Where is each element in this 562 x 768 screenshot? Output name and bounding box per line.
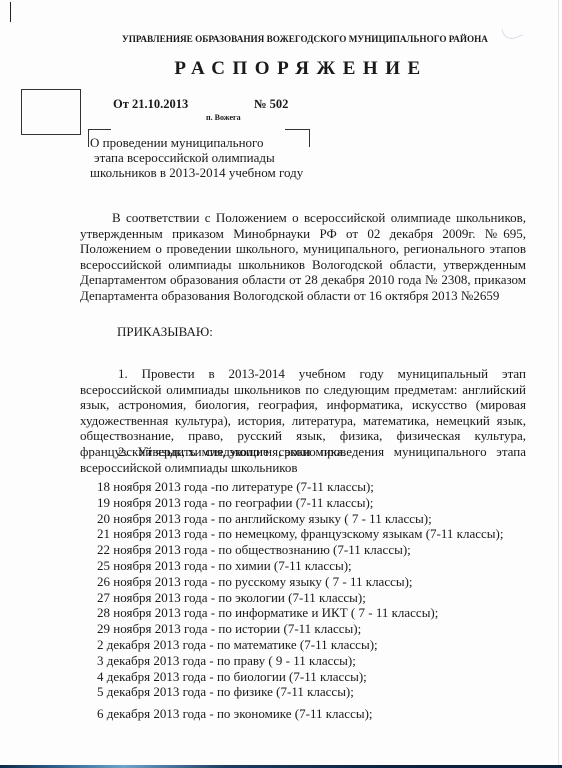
document-number: № 502 bbox=[254, 97, 288, 112]
schedule-item: 4 декабря 2013 года - по биологии (7-11 … bbox=[97, 669, 503, 685]
schedule-item: 21 ноября 2013 года - по немецкому, фран… bbox=[97, 526, 503, 542]
schedule-item: 18 ноября 2013 года -по литературе (7-11… bbox=[97, 479, 503, 495]
schedule-item: 27 ноября 2013 года - по экологии (7-11 … bbox=[97, 590, 503, 606]
schedule-item: 29 ноября 2013 года - по истории (7-11 к… bbox=[97, 621, 503, 637]
document-title: РАСПОРЯЖЕНИЕ bbox=[0, 58, 562, 80]
subject-line: этапа всероссийской олимпиады bbox=[90, 150, 303, 165]
schedule-item: 22 ноября 2013 года - по обществознанию … bbox=[97, 542, 503, 558]
schedule-item: 25 ноября 2013 года - по химии (7-11 кла… bbox=[97, 558, 503, 574]
subject-line: О проведении муниципального bbox=[90, 135, 303, 150]
order-heading: ПРИКАЗЫВАЮ: bbox=[117, 324, 213, 340]
schedule-item: 28 ноября 2013 года - по информатике и И… bbox=[97, 605, 503, 621]
schedule-item: 20 ноября 2013 года - по английскому язы… bbox=[97, 511, 503, 527]
schedule-item: 5 декабря 2013 года - по физике (7-11 кл… bbox=[97, 684, 503, 700]
document-date: От 21.10.2013 bbox=[113, 97, 188, 112]
schedule-item: 6 декабря 2013 года - по экономике (7-11… bbox=[97, 706, 503, 722]
page-edge-line bbox=[558, 0, 559, 765]
schedule-item: 2 декабря 2013 года - по математике (7-1… bbox=[97, 637, 503, 653]
document-subject: О проведении муниципального этапа всерос… bbox=[90, 135, 303, 180]
schedule-item: 19 ноября 2013 года - по географии (7-11… bbox=[97, 495, 503, 511]
olympiad-schedule-list: 18 ноября 2013 года -по литературе (7-11… bbox=[97, 479, 503, 722]
scan-corner-mark bbox=[10, 2, 11, 22]
order-item-2: 2. Утвердить следующие сроки проведения … bbox=[80, 444, 526, 475]
schedule-item: 3 декабря 2013 года - по праву ( 9 - 11 … bbox=[97, 653, 503, 669]
scanned-document-page: УПРАВЛЕНИЯЕ ОБРАЗОВАНИЯ ВОЖЕГОДСКОГО МУН… bbox=[0, 0, 562, 765]
registration-stamp-box bbox=[21, 89, 81, 135]
subject-line: школьников в 2013-2014 учебном году bbox=[90, 165, 303, 180]
schedule-item: 26 ноября 2013 года - по русскому языку … bbox=[97, 574, 503, 590]
document-place: п. Вожега bbox=[206, 113, 241, 122]
preamble-paragraph: В соответствии с Положением о всероссийс… bbox=[80, 210, 526, 304]
organization-header: УПРАВЛЕНИЯЕ ОБРАЗОВАНИЯ ВОЖЕГОДСКОГО МУН… bbox=[0, 34, 562, 44]
